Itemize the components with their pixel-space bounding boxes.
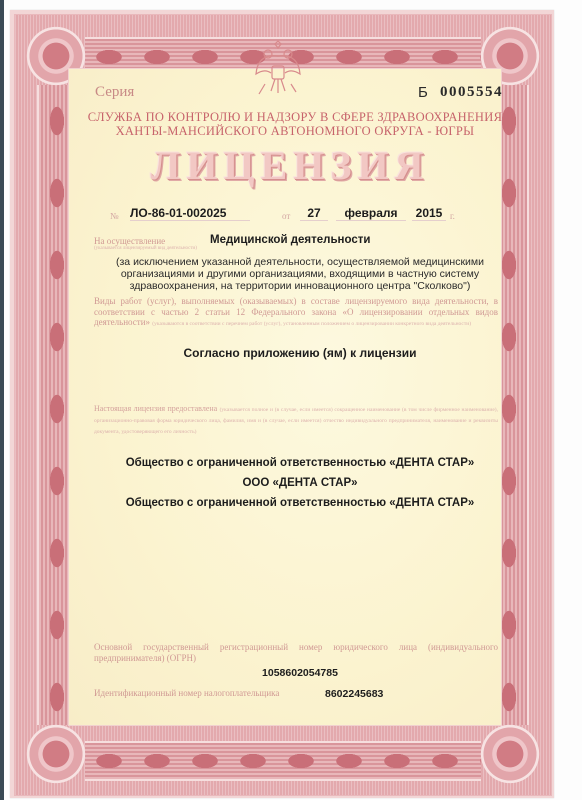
inn-label: Идентификационный номер налогоплательщик…: [94, 688, 279, 698]
ogrn-label: Основной государственный регистрационный…: [94, 642, 498, 663]
works-label: Виды работ (услуг), выполняемых (оказыва…: [94, 296, 498, 330]
series-label: Серия: [95, 84, 134, 101]
corner-rosette-icon: [25, 723, 87, 785]
activity-label: На осуществление: [94, 236, 165, 246]
series-letter: Б: [418, 84, 428, 101]
date-year: 2015: [412, 206, 446, 221]
organization-full-name: Общество с ограниченной ответственностью…: [80, 457, 520, 469]
license-number: ЛО-86-01-002025: [130, 206, 250, 221]
ogrn-value: 1058602054785: [80, 667, 520, 679]
issuing-authority-line-1: СЛУЖБА ПО КОНТРОЛЮ И НАДЗОРУ В СФЕРЕ ЗДР…: [75, 110, 515, 124]
works-sublabel: (указываются в соответствии с перечнем р…: [152, 321, 471, 327]
works-value: Согласно приложению (ям) к лицензии: [80, 346, 520, 360]
year-suffix: г.: [450, 211, 455, 221]
double-headed-eagle-icon: [253, 40, 303, 100]
activity-sublabel: (указывается лицензируемый вид деятельно…: [94, 246, 197, 251]
date-month: февраля: [336, 206, 406, 221]
date-from-label: от: [282, 211, 290, 221]
document-title: ЛИЦЕНЗИЯ: [90, 144, 490, 188]
inn-value: 8602245683: [325, 688, 383, 700]
corner-rosette-icon: [479, 723, 541, 785]
date-day: 27: [300, 206, 328, 221]
number-label: №: [110, 211, 119, 221]
issuing-authority-line-2: ХАНТЫ-МАНСИЙСКОГО АВТОНОМНОГО ОКРУГА - Ю…: [75, 124, 515, 138]
activity-exception: (за исключением указанной деятельности, …: [80, 256, 520, 292]
frame-band-bottom: [85, 741, 481, 781]
granted-label-text: Настоящая лицензия предоставлена: [94, 404, 217, 413]
series-number: 0005554: [440, 84, 503, 101]
organization-full-name-repeat: Общество с ограниченной ответственностью…: [80, 497, 520, 509]
organization-short-name: ООО «ДЕНТА СТАР»: [80, 477, 520, 489]
activity-value: Медицинской деятельности: [210, 234, 370, 246]
scan-edge: [0, 0, 4, 800]
granted-label: Настоящая лицензия предоставлена (указыв…: [94, 404, 498, 437]
